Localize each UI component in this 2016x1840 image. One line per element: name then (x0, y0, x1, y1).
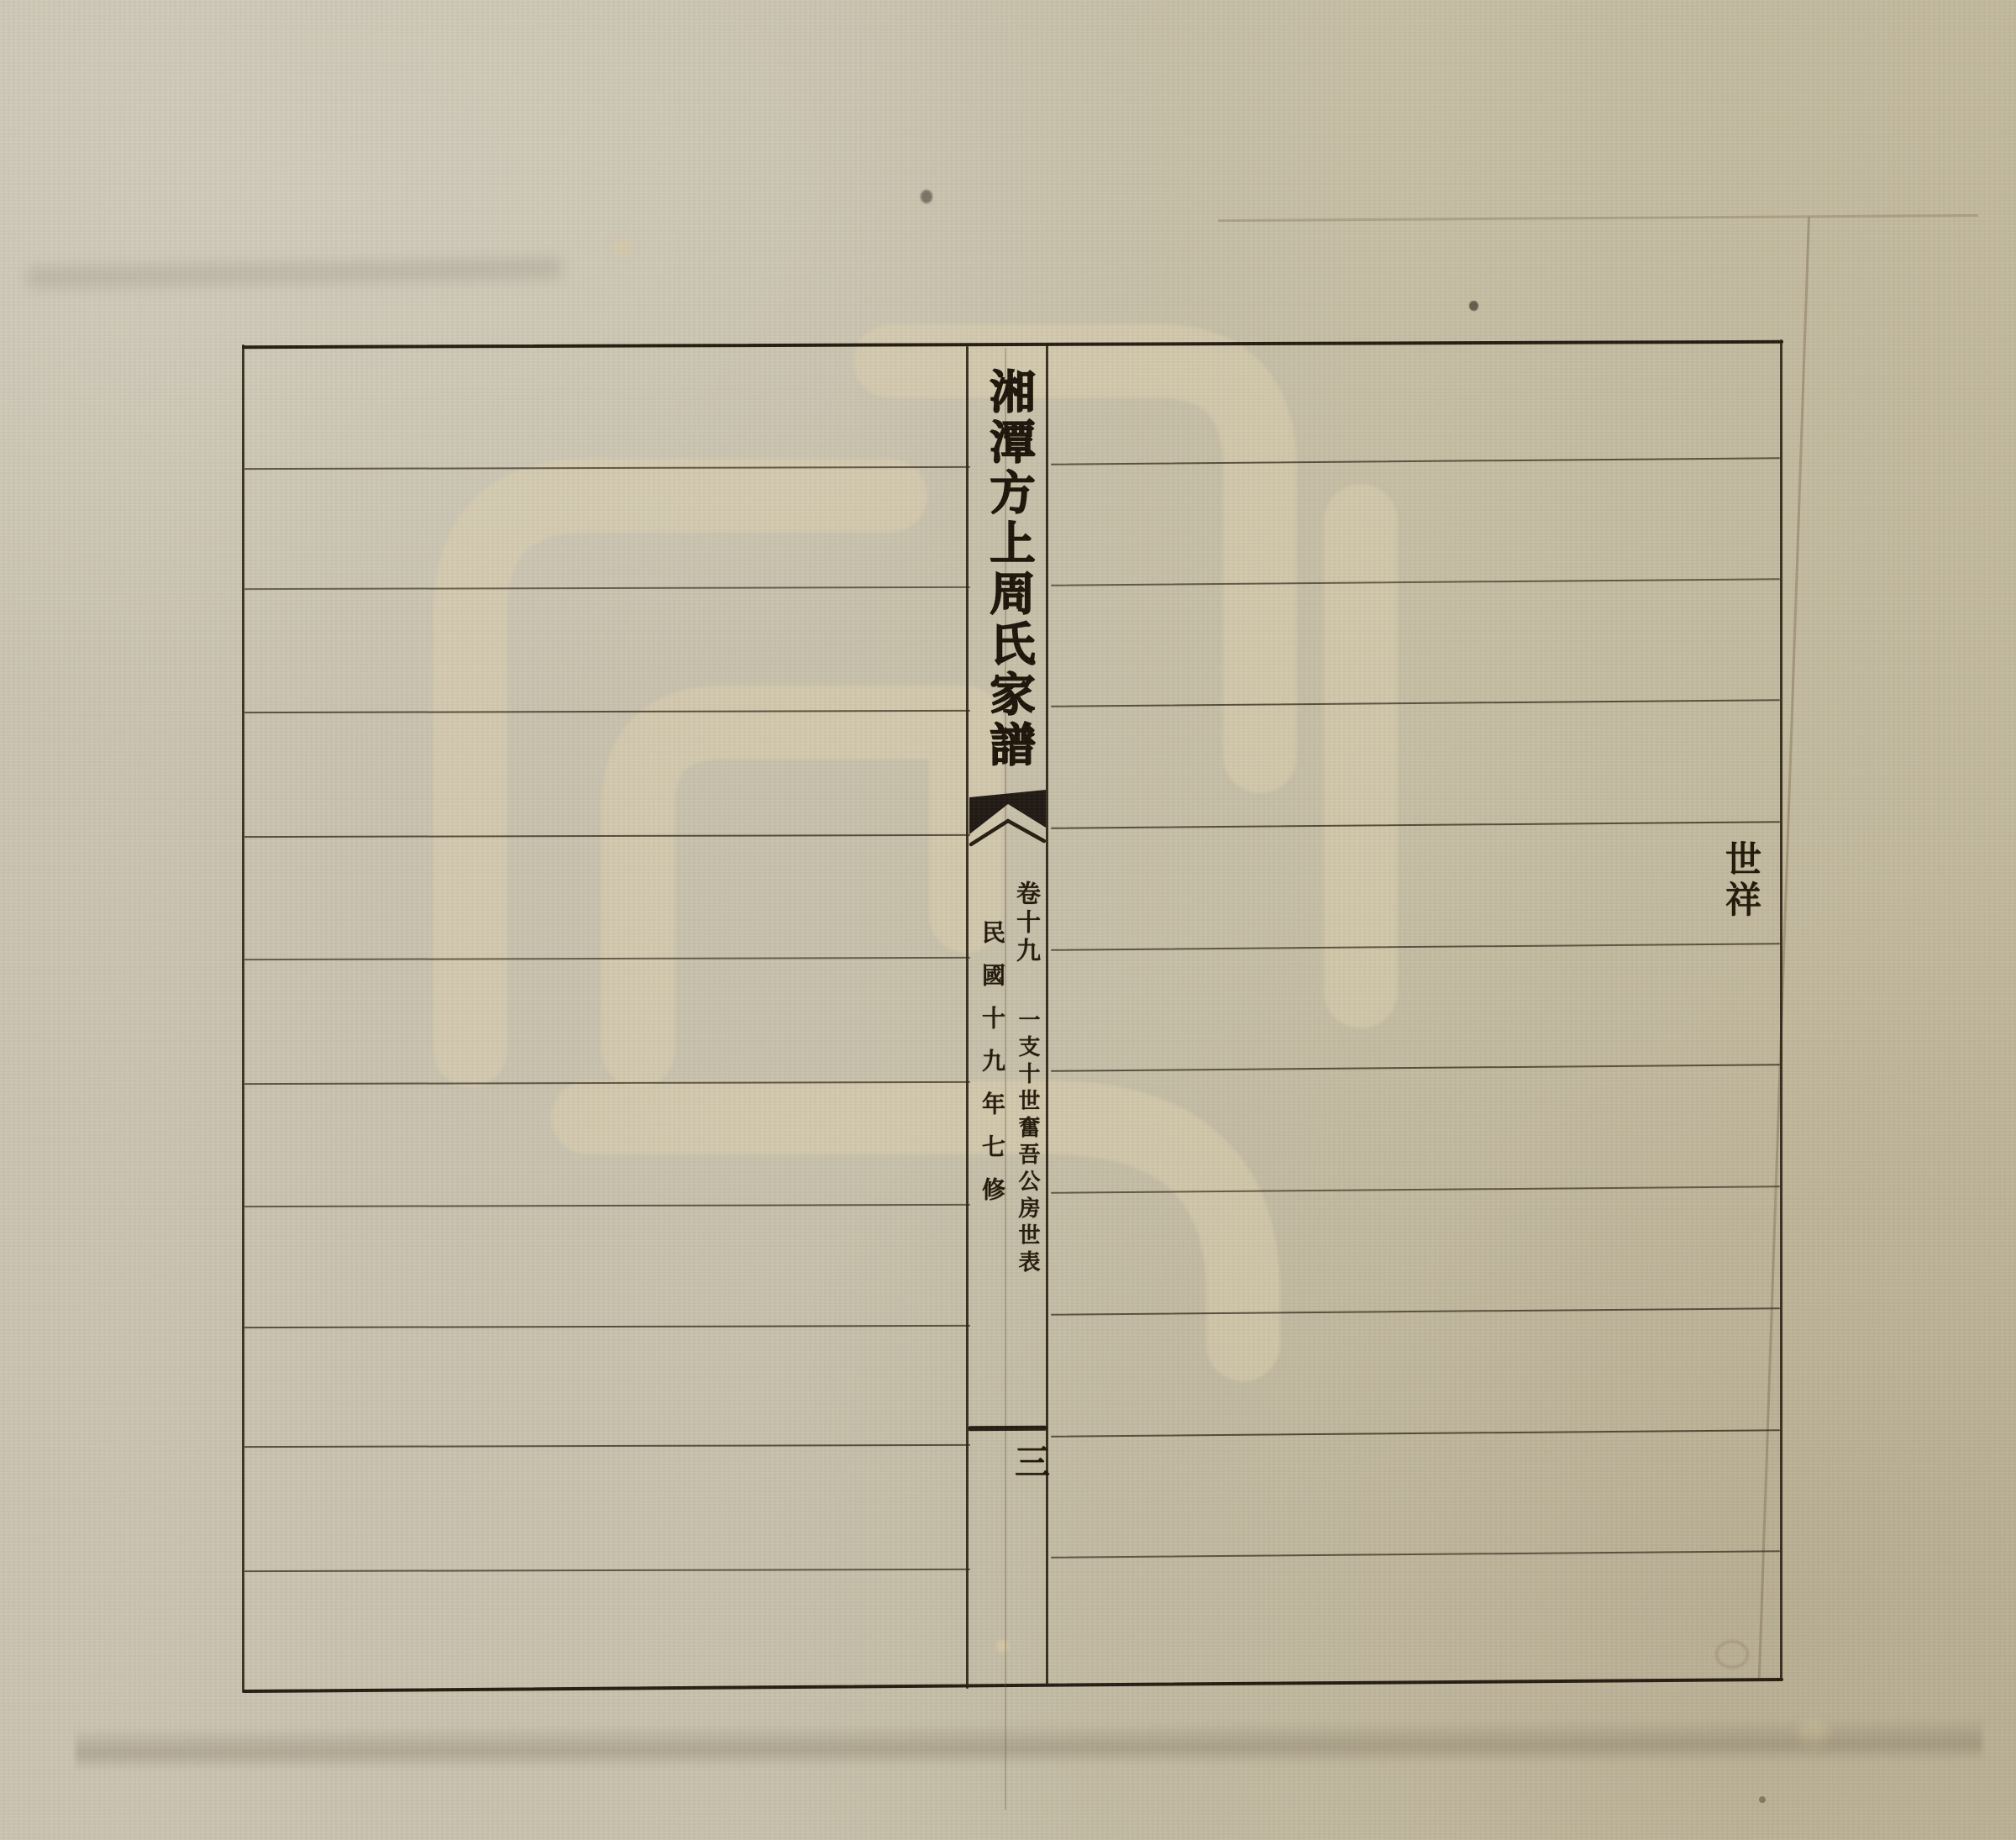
entry-name: 世祥 (1720, 840, 1761, 921)
row-line (244, 1325, 970, 1328)
row-line (1051, 1307, 1780, 1316)
row-line (244, 710, 970, 713)
row-line (244, 957, 970, 960)
row-line (244, 586, 970, 590)
row-line (244, 1444, 970, 1448)
ink-speck (1469, 301, 1478, 311)
row-line (244, 834, 970, 838)
row-line (1051, 821, 1780, 829)
genealogy-book-scan: 湘潭方上周氏家譜 卷十九 一支十世奮吾公房世表 民國十九年七修 三 世祥 (0, 0, 2016, 1840)
smudge-streak (25, 257, 563, 288)
pale-stain (612, 239, 633, 255)
row-line (1051, 699, 1780, 707)
row-line (1051, 1064, 1780, 1072)
watermark (378, 252, 1470, 1386)
page-bottom-border (242, 1678, 1783, 1693)
right-page-right-border (1780, 339, 1782, 1679)
folio-divider (968, 1426, 1047, 1432)
row-line (1051, 578, 1780, 586)
row-line (244, 1204, 970, 1207)
fishtail-icon (968, 784, 1047, 851)
page-bottom-shadow (76, 1717, 1982, 1771)
row-line (244, 1081, 970, 1085)
row-line (1051, 457, 1780, 465)
edition-label: 民國十九年七修 (979, 920, 1005, 1220)
ink-speck (1759, 1796, 1766, 1803)
folio-number: 三 (1011, 1443, 1048, 1479)
row-line (244, 1569, 970, 1572)
paper-edge-line (1218, 214, 1978, 222)
stain-ring (1715, 1640, 1749, 1669)
row-line (1051, 1429, 1780, 1438)
left-page-left-border (242, 344, 244, 1690)
row-line (1051, 1550, 1780, 1559)
paper-edge-line (1758, 217, 1810, 1678)
row-line (1051, 943, 1780, 951)
row-line (244, 466, 970, 470)
volume-label: 卷十九 (1013, 881, 1042, 966)
gutter-left-border (966, 346, 969, 1689)
gutter-right-border (1046, 343, 1048, 1685)
ink-speck (921, 190, 932, 203)
book-title: 湘潭方上周氏家譜 (981, 368, 1038, 771)
pale-stain (1798, 1722, 1830, 1746)
row-line (1051, 1185, 1780, 1194)
pale-stain (996, 1640, 1009, 1653)
page-top-border (242, 340, 1783, 350)
branch-label: 一支十世奮吾公房世表 (1015, 1008, 1040, 1277)
